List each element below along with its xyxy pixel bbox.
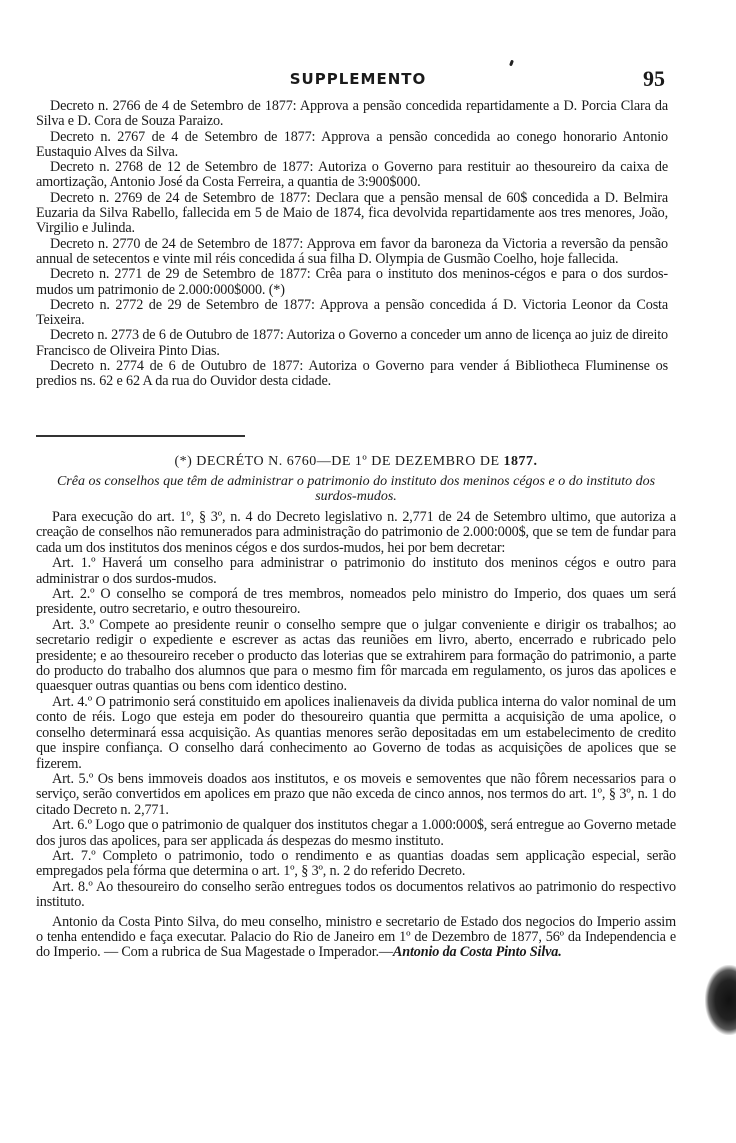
scan-thumb-mark <box>705 965 736 1035</box>
page-header: SUPPLEMENTO 95 <box>0 70 736 94</box>
decree-entry: Decreto n. 2768 de 12 de Setembro de 187… <box>36 160 668 191</box>
running-title: SUPPLEMENTO <box>268 70 448 88</box>
footnote-title-year: 1877. <box>504 454 538 469</box>
article-5: Art. 5.º Os bens immoveis doados aos ins… <box>36 772 676 818</box>
closing-paragraph: Antonio da Costa Pinto Silva, do meu con… <box>36 915 676 961</box>
decree-entry: Decreto n. 2766 de 4 de Setembro de 1877… <box>36 99 668 130</box>
article-2: Art. 2.º O conselho se comporá de tres m… <box>36 587 676 618</box>
page-number: 95 <box>643 66 665 92</box>
footnote-title: (*) DECRÉTO N. 6760—DE 1º DE DEZEMBRO DE… <box>36 454 676 470</box>
decree-entry: Decreto n. 2773 de 6 de Outubro de 1877:… <box>36 328 668 359</box>
decree-entry: Decreto n. 2772 de 29 de Setembro de 187… <box>36 298 668 329</box>
preamble: Para execução do art. 1º, § 3º, n. 4 do … <box>36 510 676 556</box>
footnote-subtitle: Crêa os conselhos que têm de administrar… <box>54 474 658 504</box>
footnote-divider <box>36 435 245 437</box>
article-1: Art. 1.º Haverá um conselho para adminis… <box>36 556 676 587</box>
article-7: Art. 7.º Completo o patrimonio, todo o r… <box>36 849 676 880</box>
decree-list: Decreto n. 2766 de 4 de Setembro de 1877… <box>36 99 668 390</box>
ink-speck <box>509 60 514 67</box>
book-page: SUPPLEMENTO 95 Decreto n. 2766 de 4 de S… <box>0 0 736 1143</box>
closing-text: Antonio da Costa Pinto Silva, do meu con… <box>36 914 676 961</box>
decree-entry: Decreto n. 2769 de 24 de Setembro de 187… <box>36 191 668 237</box>
article-3: Art. 3.º Compete ao presidente reunir o … <box>36 618 676 695</box>
article-8: Art. 8.º Ao thesoureiro do conselho serã… <box>36 880 676 911</box>
article-4: Art. 4.º O patrimonio será constituido e… <box>36 695 676 772</box>
decree-entry: Decreto n. 2774 de 6 de Outubro de 1877:… <box>36 359 668 390</box>
signature: Antonio da Costa Pinto Silva. <box>393 944 562 960</box>
decree-entry: Decreto n. 2767 de 4 de Setembro de 1877… <box>36 130 668 161</box>
footnote-title-text: (*) DECRÉTO N. 6760—DE 1º DE DEZEMBRO DE <box>174 454 503 469</box>
decree-entry: Decreto n. 2770 de 24 de Setembro de 187… <box>36 237 668 268</box>
article-6: Art. 6.º Logo que o patrimonio de qualqu… <box>36 818 676 849</box>
decree-entry: Decreto n. 2771 de 29 de Setembro de 187… <box>36 267 668 298</box>
footnote-decree: (*) DECRÉTO N. 6760—DE 1º DE DEZEMBRO DE… <box>36 454 676 961</box>
